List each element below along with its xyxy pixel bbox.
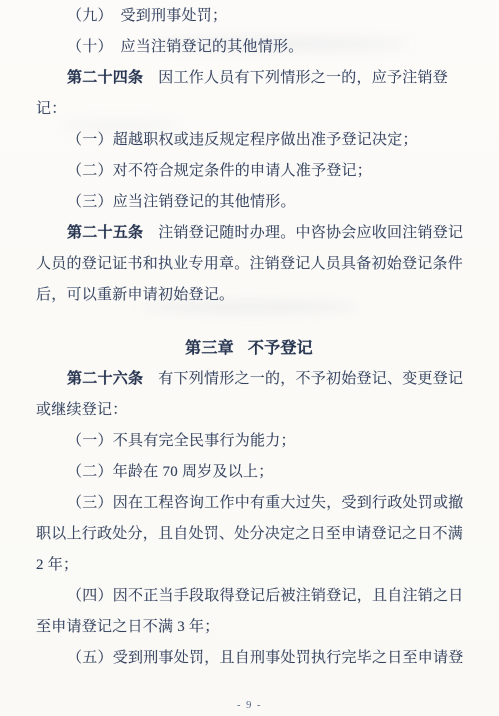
line-text: （二）对不符合规定条件的申请人准予登记； <box>67 163 372 179</box>
text-line: （五）受到刑事处罚，且自刑事处罚执行完毕之日至申请登 <box>36 643 462 674</box>
line-text: （一）不具有完全民事行为能力； <box>67 433 296 449</box>
line-text: 不予登记 <box>248 340 313 357</box>
line-text: 职以上行政处分，且自处罚、处分决定之日至申请登记之日不满 <box>36 526 463 542</box>
article-number: 第二十五条 <box>67 225 143 241</box>
text-line: （三）因在工程咨询工作中有重大过失，受到行政处罚或撤 <box>36 488 462 519</box>
text-line: 第二十四条因工作人员有下列情形之一的，应予注销登 <box>36 63 462 94</box>
text-line: （一）不具有完全民事行为能力； <box>36 426 462 457</box>
text-line: （三）应当注销登记的其他情形。 <box>36 187 462 218</box>
article-number: 第二十六条 <box>67 371 143 387</box>
line-text: 2 年； <box>36 557 78 573</box>
page-number: - 9 - <box>0 700 499 711</box>
chapter-heading: 第三章不予登记 <box>36 333 462 364</box>
text-line: （四）因不正当手段取得登记后被注销登记，且自注销之日 <box>36 581 462 612</box>
line-text: （二）年龄在 70 周岁及以上； <box>67 464 274 480</box>
text-line: 后，可以重新申请初始登记。 <box>36 280 462 311</box>
text-line: 第二十六条有下列情形之一的，不予初始登记、变更登记 <box>36 364 462 395</box>
text-line: （一）超越职权或违反规定程序做出准予登记决定； <box>36 125 462 156</box>
line-text: 人员的登记证书和执业专用章。注销登记人员具备初始登记条件 <box>36 256 463 272</box>
chapter-number: 第三章 <box>185 340 234 357</box>
text-line: （九） 受到刑事处罚； <box>36 1 462 32</box>
line-text: 因工作人员有下列情形之一的，应予注销登 <box>158 70 448 86</box>
text-line: 或继续登记： <box>36 395 462 426</box>
text-line: （十） 应当注销登记的其他情形。 <box>36 32 462 63</box>
line-text: 后，可以重新申请初始登记。 <box>36 287 234 303</box>
document-body: （九） 受到刑事处罚；（十） 应当注销登记的其他情形。第二十四条因工作人员有下列… <box>36 1 462 674</box>
line-text: 或继续登记： <box>36 402 128 418</box>
text-line: 人员的登记证书和执业专用章。注销登记人员具备初始登记条件 <box>36 249 462 280</box>
text-line: 第二十五条注销登记随时办理。中咨协会应收回注销登记 <box>36 218 462 249</box>
line-text: 至申请登记之日不满 3 年； <box>36 619 220 635</box>
line-text: （三）应当注销登记的其他情形。 <box>67 194 296 210</box>
article-number: 第二十四条 <box>67 70 143 86</box>
text-line: 记： <box>36 94 462 125</box>
line-text: 记： <box>36 101 67 117</box>
line-text: （九） 受到刑事处罚； <box>67 8 227 24</box>
text-line: 2 年； <box>36 550 462 581</box>
line-text: 有下列情形之一的，不予初始登记、变更登记 <box>158 371 463 387</box>
line-text: （三）因在工程咨询工作中有重大过失，受到行政处罚或撤 <box>67 495 464 511</box>
line-text: 注销登记随时办理。中咨协会应收回注销登记 <box>158 225 463 241</box>
line-text: （一）超越职权或违反规定程序做出准予登记决定； <box>67 132 418 148</box>
line-text: （十） 应当注销登记的其他情形。 <box>67 39 304 55</box>
document-page: （九） 受到刑事处罚；（十） 应当注销登记的其他情形。第二十四条因工作人员有下列… <box>0 0 499 716</box>
text-line: （二）对不符合规定条件的申请人准予登记； <box>36 156 462 187</box>
line-text: （五）受到刑事处罚，且自刑事处罚执行完毕之日至申请登 <box>67 650 464 666</box>
text-line: （二）年龄在 70 周岁及以上； <box>36 457 462 488</box>
line-text: （四）因不正当手段取得登记后被注销登记，且自注销之日 <box>67 588 464 604</box>
text-line: 至申请登记之日不满 3 年； <box>36 612 462 643</box>
text-line: 职以上行政处分，且自处罚、处分决定之日至申请登记之日不满 <box>36 519 462 550</box>
